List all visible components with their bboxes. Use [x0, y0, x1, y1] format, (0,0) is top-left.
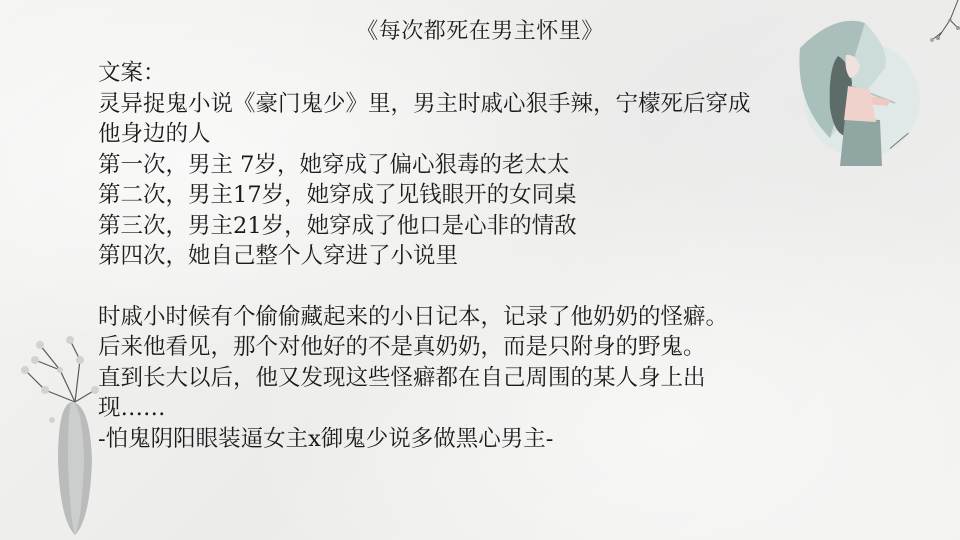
synopsis-paragraph-line: 后来他看见，那个对他好的不是真奶奶，而是只附身的野鬼。	[98, 332, 888, 363]
synopsis-paragraph-line: 时戚小时候有个偷偷藏起来的小日记本，记录了他奶奶的怪癖。	[98, 302, 888, 333]
vase-with-blossoms-illustration	[0, 330, 110, 540]
slide-title: 《每次都死在男主怀里》	[0, 14, 960, 45]
synopsis-line: 灵异捉鬼小说《豪门鬼少》里，男主时戚心狠手辣，宁檬死后穿成	[98, 89, 888, 120]
synopsis-paragraph-line: 现……	[98, 393, 888, 424]
synopsis-line: 第四次，她自己整个人穿进了小说里	[98, 241, 888, 272]
tagline: -怕鬼阴阳眼装逼女主x御鬼少说多做黑心男主-	[98, 424, 888, 455]
synopsis-line: 他身边的人	[98, 119, 888, 150]
synopsis-line: 第一次，男主 7岁，她穿成了偏心狠毒的老太太	[98, 150, 888, 181]
paragraph-gap	[98, 272, 888, 302]
synopsis-line: 第三次，男主21岁，她穿成了他口是心非的情敌	[98, 211, 888, 242]
synopsis-paragraph-line: 直到长大以后，他又发现这些怪癖都在自己周围的某人身上出	[98, 363, 888, 394]
synopsis-label: 文案：	[98, 58, 888, 89]
synopsis-line: 第二次，男主17岁，她穿成了见钱眼开的女同桌	[98, 180, 888, 211]
synopsis-text-block: 文案： 灵异捉鬼小说《豪门鬼少》里，男主时戚心狠手辣，宁檬死后穿成 他身边的人 …	[98, 58, 888, 454]
